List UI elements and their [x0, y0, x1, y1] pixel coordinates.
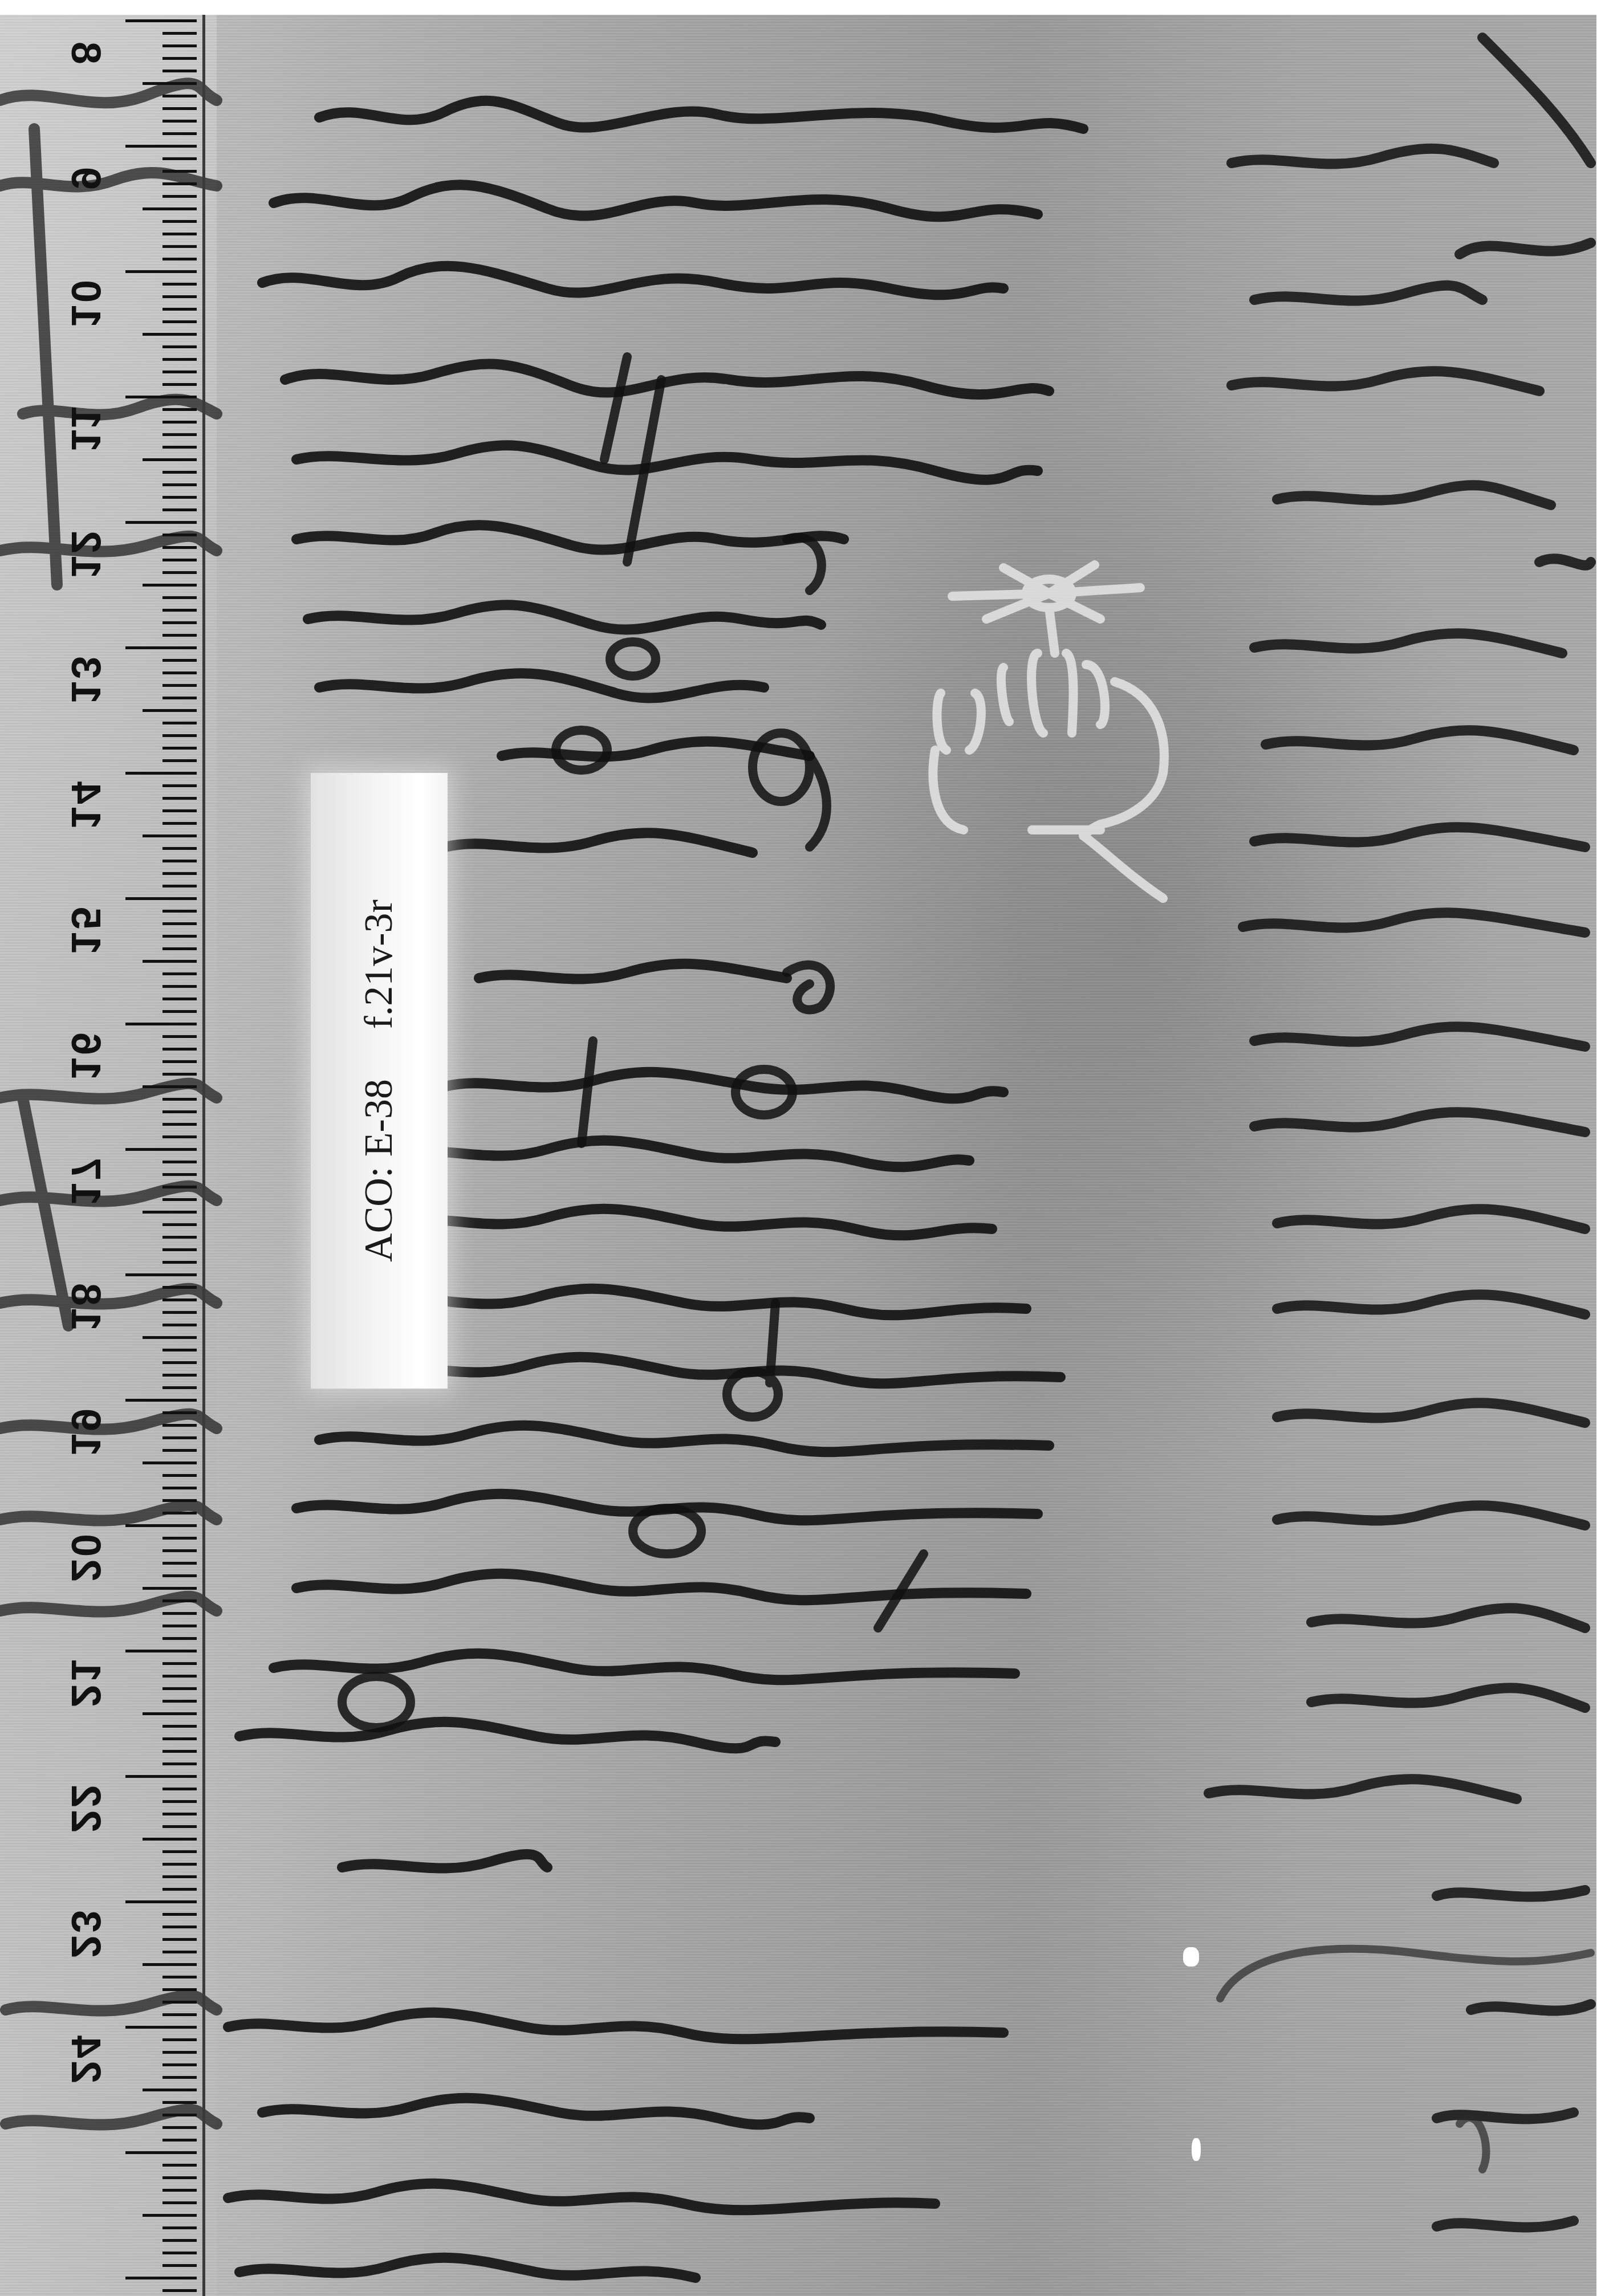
ruler-number: 22	[60, 1762, 111, 1853]
ruler-number: 23	[60, 1887, 111, 1979]
folio-reference: f.21v-3r	[357, 899, 401, 1029]
ruler-number: 24	[60, 2013, 111, 2104]
archive-reference: ACO: E-38	[357, 1079, 401, 1262]
ruler-number: 9	[60, 132, 111, 223]
ruler-number: 17	[60, 1135, 111, 1226]
ruler-number: 18	[60, 1260, 111, 1351]
ruler-number: 15	[60, 884, 111, 975]
ruler-number: 21	[60, 1636, 111, 1728]
paper-speck	[1192, 2138, 1201, 2161]
ruler-number: 19	[60, 1386, 111, 1477]
ruler-number: 10	[60, 257, 111, 348]
ruler-number: 14	[60, 759, 111, 850]
ruler-number: 16	[60, 1009, 111, 1101]
hand-with-star-watermark-icon	[912, 556, 1283, 1639]
ruler-number: 13	[60, 633, 111, 724]
archive-label: ACO: E-38 f.21v-3r	[311, 773, 448, 1389]
manuscript-photo: 8 9 10 11 12 13 14 15 16 17 18 19 20 21 …	[0, 15, 1596, 2296]
paper-speck	[1183, 1947, 1199, 1967]
label-text: ACO: E-38 f.21v-3r	[356, 899, 402, 1262]
ruler-number: 8	[60, 15, 111, 97]
ruler-number: 20	[60, 1511, 111, 1602]
ruler-number: 12	[60, 508, 111, 599]
ruler-number: 11	[60, 382, 111, 474]
handwritten-text	[0, 15, 1596, 2296]
